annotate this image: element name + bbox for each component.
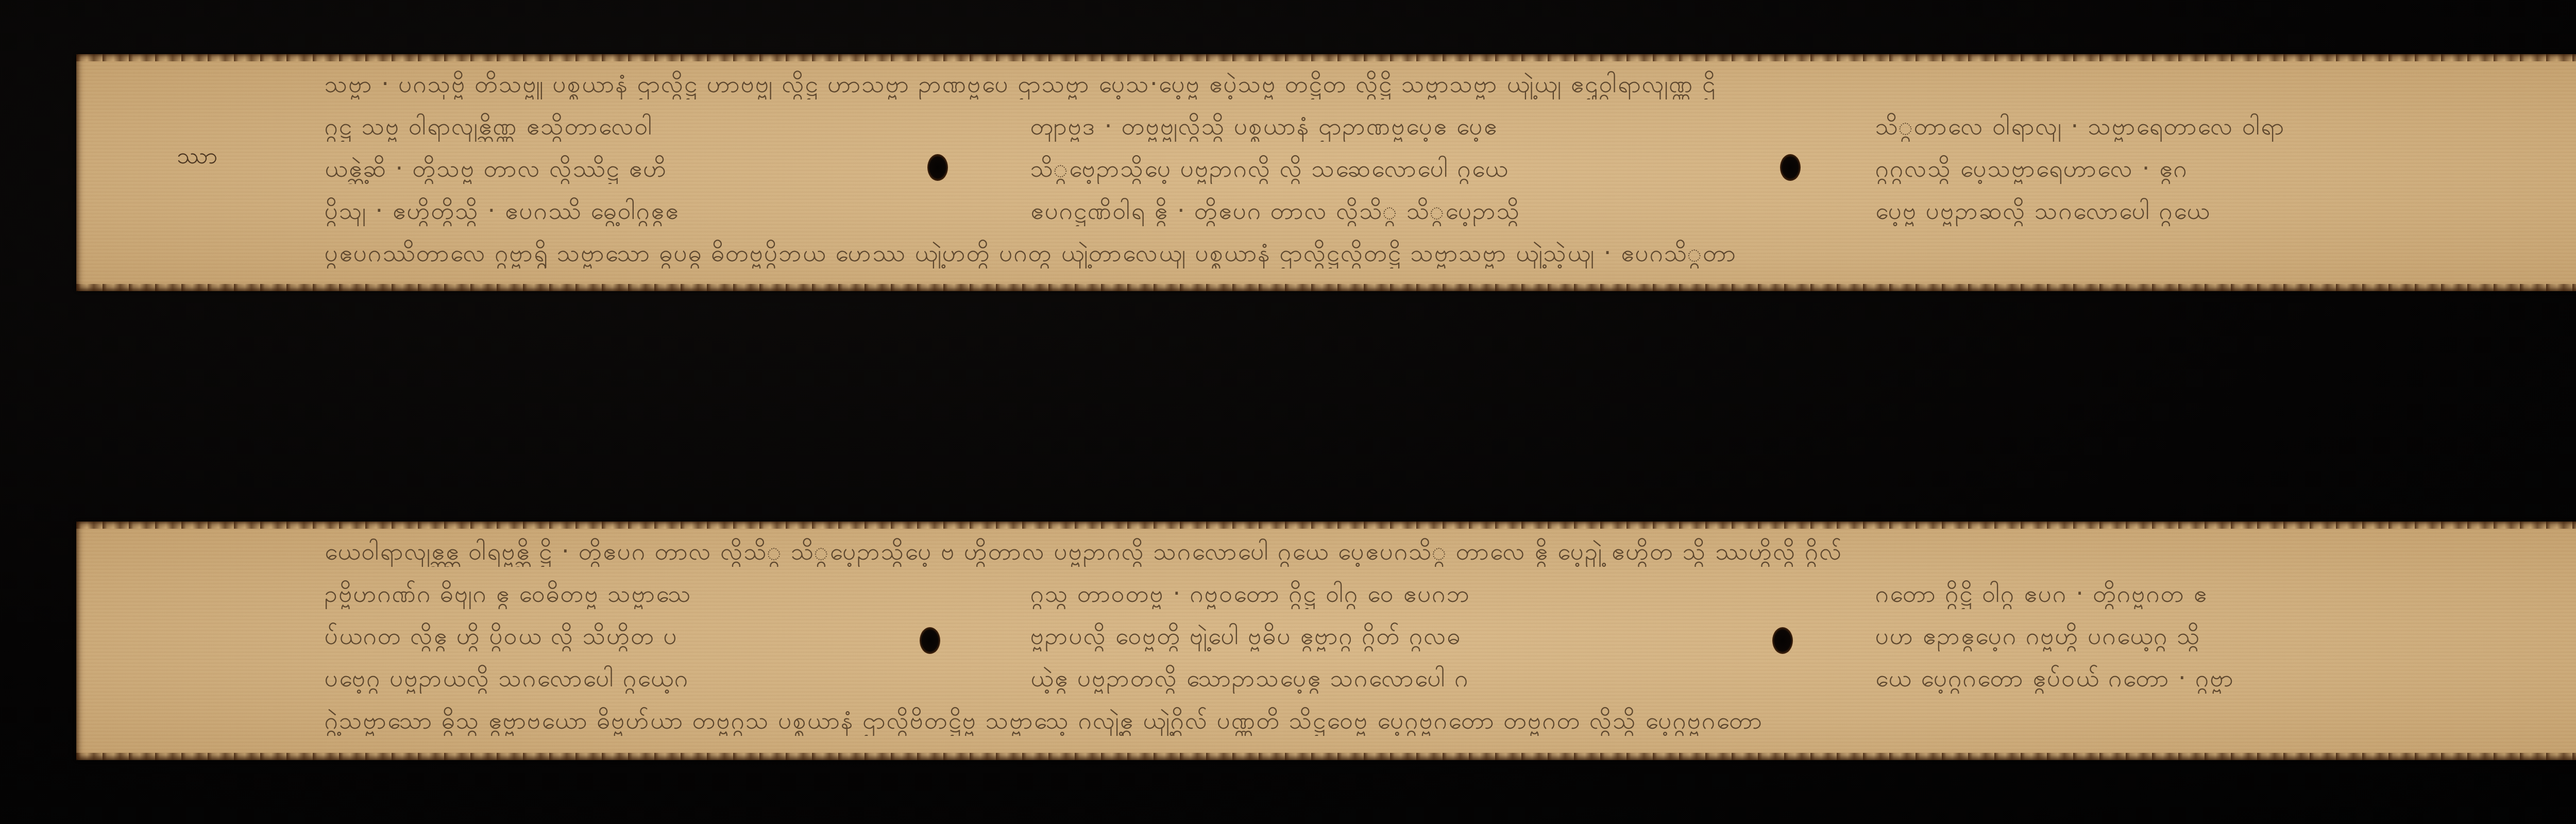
text-line-2-left: ဥဗ္ဗိဟဂဏ်ဂ ဓိဗျဂ ဧ္ဂ ဝေဓိတဗ္ဗ သဗ္ဗာသေ	[325, 578, 860, 609]
text-line-2-middle: တျာဗ္ဗဒ ‧ တဗ္ဗဗ္ဗုလ္ဂိသ္ဂိ ပစ္စယာနံ ဌာဉာ…	[1030, 111, 1710, 142]
text-line-4-middle: ယဲ့ဧ္ဂ ပဗ္ဗဉာတလ္ဂိ သောဉာသပေ့ဧ္ဂ သဂလောပေါ…	[1030, 663, 1710, 694]
text-line-2-middle: ဂ္ဂသ္ဂ တာဝတဗ္ဗ ‧ ဂဗ္ဗဝတော ဂ္ဂိဋ္ဌ ဝါဂ္ဂ …	[1030, 578, 1710, 609]
string-hole-right	[1772, 627, 1793, 654]
text-line-5: ပ္ဂဧပဂဿိတာလေ ဂ္ဂဗ္ဗာရ္ဂိ သဗ္ဗာသော ဓ္ဂပဓ္…	[325, 238, 2365, 268]
palm-leaf-folio-1: ဿာ သဗ္ဗာ ‧ ပဂသုဗ္ဗိ တိသဗ္ဗူ ပစ္စယာနံ ဌာလ…	[76, 54, 2576, 291]
leaf-number-marker: ဿာ	[177, 142, 219, 175]
text-line-4-middle: ဧပဂဋ္ဌဏိဝါရ ဧ္ဂိ ‧ တ္ဂိဧပဂ တာလ လ္ဂိသိ္ဂ …	[1030, 195, 1710, 226]
text-line-4-left: ပဗေ့ဂ္ဂ ပဗ္ဗဉာယလ္ဂိ သဂလောပေါ ဂ္ဂယေ့ဂ	[325, 663, 860, 694]
text-line-4-right: ပေ့ဗ္ဗ ပဗ္ဗဉာဆလ္ဂိ သဂလောပေါ ဂ္ဂယေ	[1875, 195, 2365, 226]
text-line-2-left: ဂ္ဂဋ္ဌ သဗ္ဗ ဝါရာလျဧ္ဆိဏ္ဏ ဧသ္ဂိတာလေဝါ	[325, 111, 860, 142]
leaf-edge-bottom	[76, 753, 2576, 760]
text-line-3-right: ဂ္ဂဂ္ဂလသ္ဂိ ပေ့သဗ္ဗာရေဟာလေ ‧ ဧ္ဂဂ	[1875, 153, 2365, 184]
string-hole-left	[927, 154, 948, 181]
text-line-2-right: သိ္ဂတာလေ ဝါရာလျ ‧ သဗ္ဗာရေတာလေ ဝါရာ	[1875, 111, 2365, 142]
string-hole-right	[1780, 154, 1801, 181]
text-line-3-middle: ဗ္ဗဉာပလ္ဂိ ဝေဗ္ဗတ္ဂိ ဗျဲ့ပေါ ဗ္ဗဓိပ ဧ္ဂဗ…	[1030, 620, 1710, 651]
text-line-2-right: ဂတော ဂ္ဂိဋ္ဌိ ဝါဂ္ဂ ဧပဂ ‧ တ္ဂိဂဗ္ဗဂတ ဧ	[1875, 578, 2365, 609]
leaf-edge-bottom	[76, 284, 2576, 291]
text-line-3-left: ယဧ္ဆဲ့ဆိ ‧ တ္ဂိသဗ္ဗ တာလ လ္ဂိဿိဋ္ဌ ဧဟိ	[325, 153, 860, 184]
leaf-edge-top	[76, 54, 2576, 61]
text-line-3-middle: သိ္ဂဗေ့ဉာသ္ဂိပေ့ ပဗ္ဗဉာဂလ္ဂိ လ္ဂိ သဆေလော…	[1030, 153, 1710, 184]
leaf-edge-top	[76, 522, 2576, 529]
text-line-1: ယေဝါရာလျဧ္ဆဧ္ဆ ဝါရဗ္ဗဧ္ဆိ ဋ္ဌိ ‧ တ္ဂိဧပဂ…	[325, 536, 2365, 567]
text-line-1: သဗ္ဗာ ‧ ပဂသုဗ္ဗိ တိသဗ္ဗူ ပစ္စယာနံ ဌာလ္ဂိ…	[325, 69, 2365, 99]
string-hole-left	[920, 627, 940, 654]
text-line-4-right: ယေ ပေ့ဂ္ဂဂတော ဧ္ဂပ်ဝယ် ဂတော ‧ ဂ္ဂဗ္ဗာ	[1875, 663, 2365, 694]
palm-leaf-folio-2: ယေဝါရာလျဧ္ဆဧ္ဆ ဝါရဗ္ဗဧ္ဆိ ဋ္ဌိ ‧ တ္ဂိဧပဂ…	[76, 522, 2576, 760]
text-line-5: ဂ္ဂဲ့သဗ္ဗာသော ဓ္ဂိသ္ဂ ဧ္ဂဗ္ဗာဗယော ဓိဗ္ဗဟ…	[325, 705, 2365, 736]
text-line-3-left: ပ်ယဂတ လ္ဂိဧ္ဂ ဟ္ဂိ ပ္ဂိဝယ လ္ဂိ သိဟ္ဂိတ ပ	[325, 620, 860, 651]
text-line-4-left: ပ္ဂိသျ ‧ ဧဟ္ဂိတ္ဂိသ္ဂိ ‧ ဧပဂဿိ ဓ္ဂေ့ဝါဂ္…	[325, 195, 860, 226]
text-line-3-right: ပဟ ဧဉာဧ္ဂပေ့ဂ ဂဗ္ဗဟ္ဂိ ပဂယေ့ဂ္ဂ သ္ဂိ	[1875, 620, 2365, 651]
